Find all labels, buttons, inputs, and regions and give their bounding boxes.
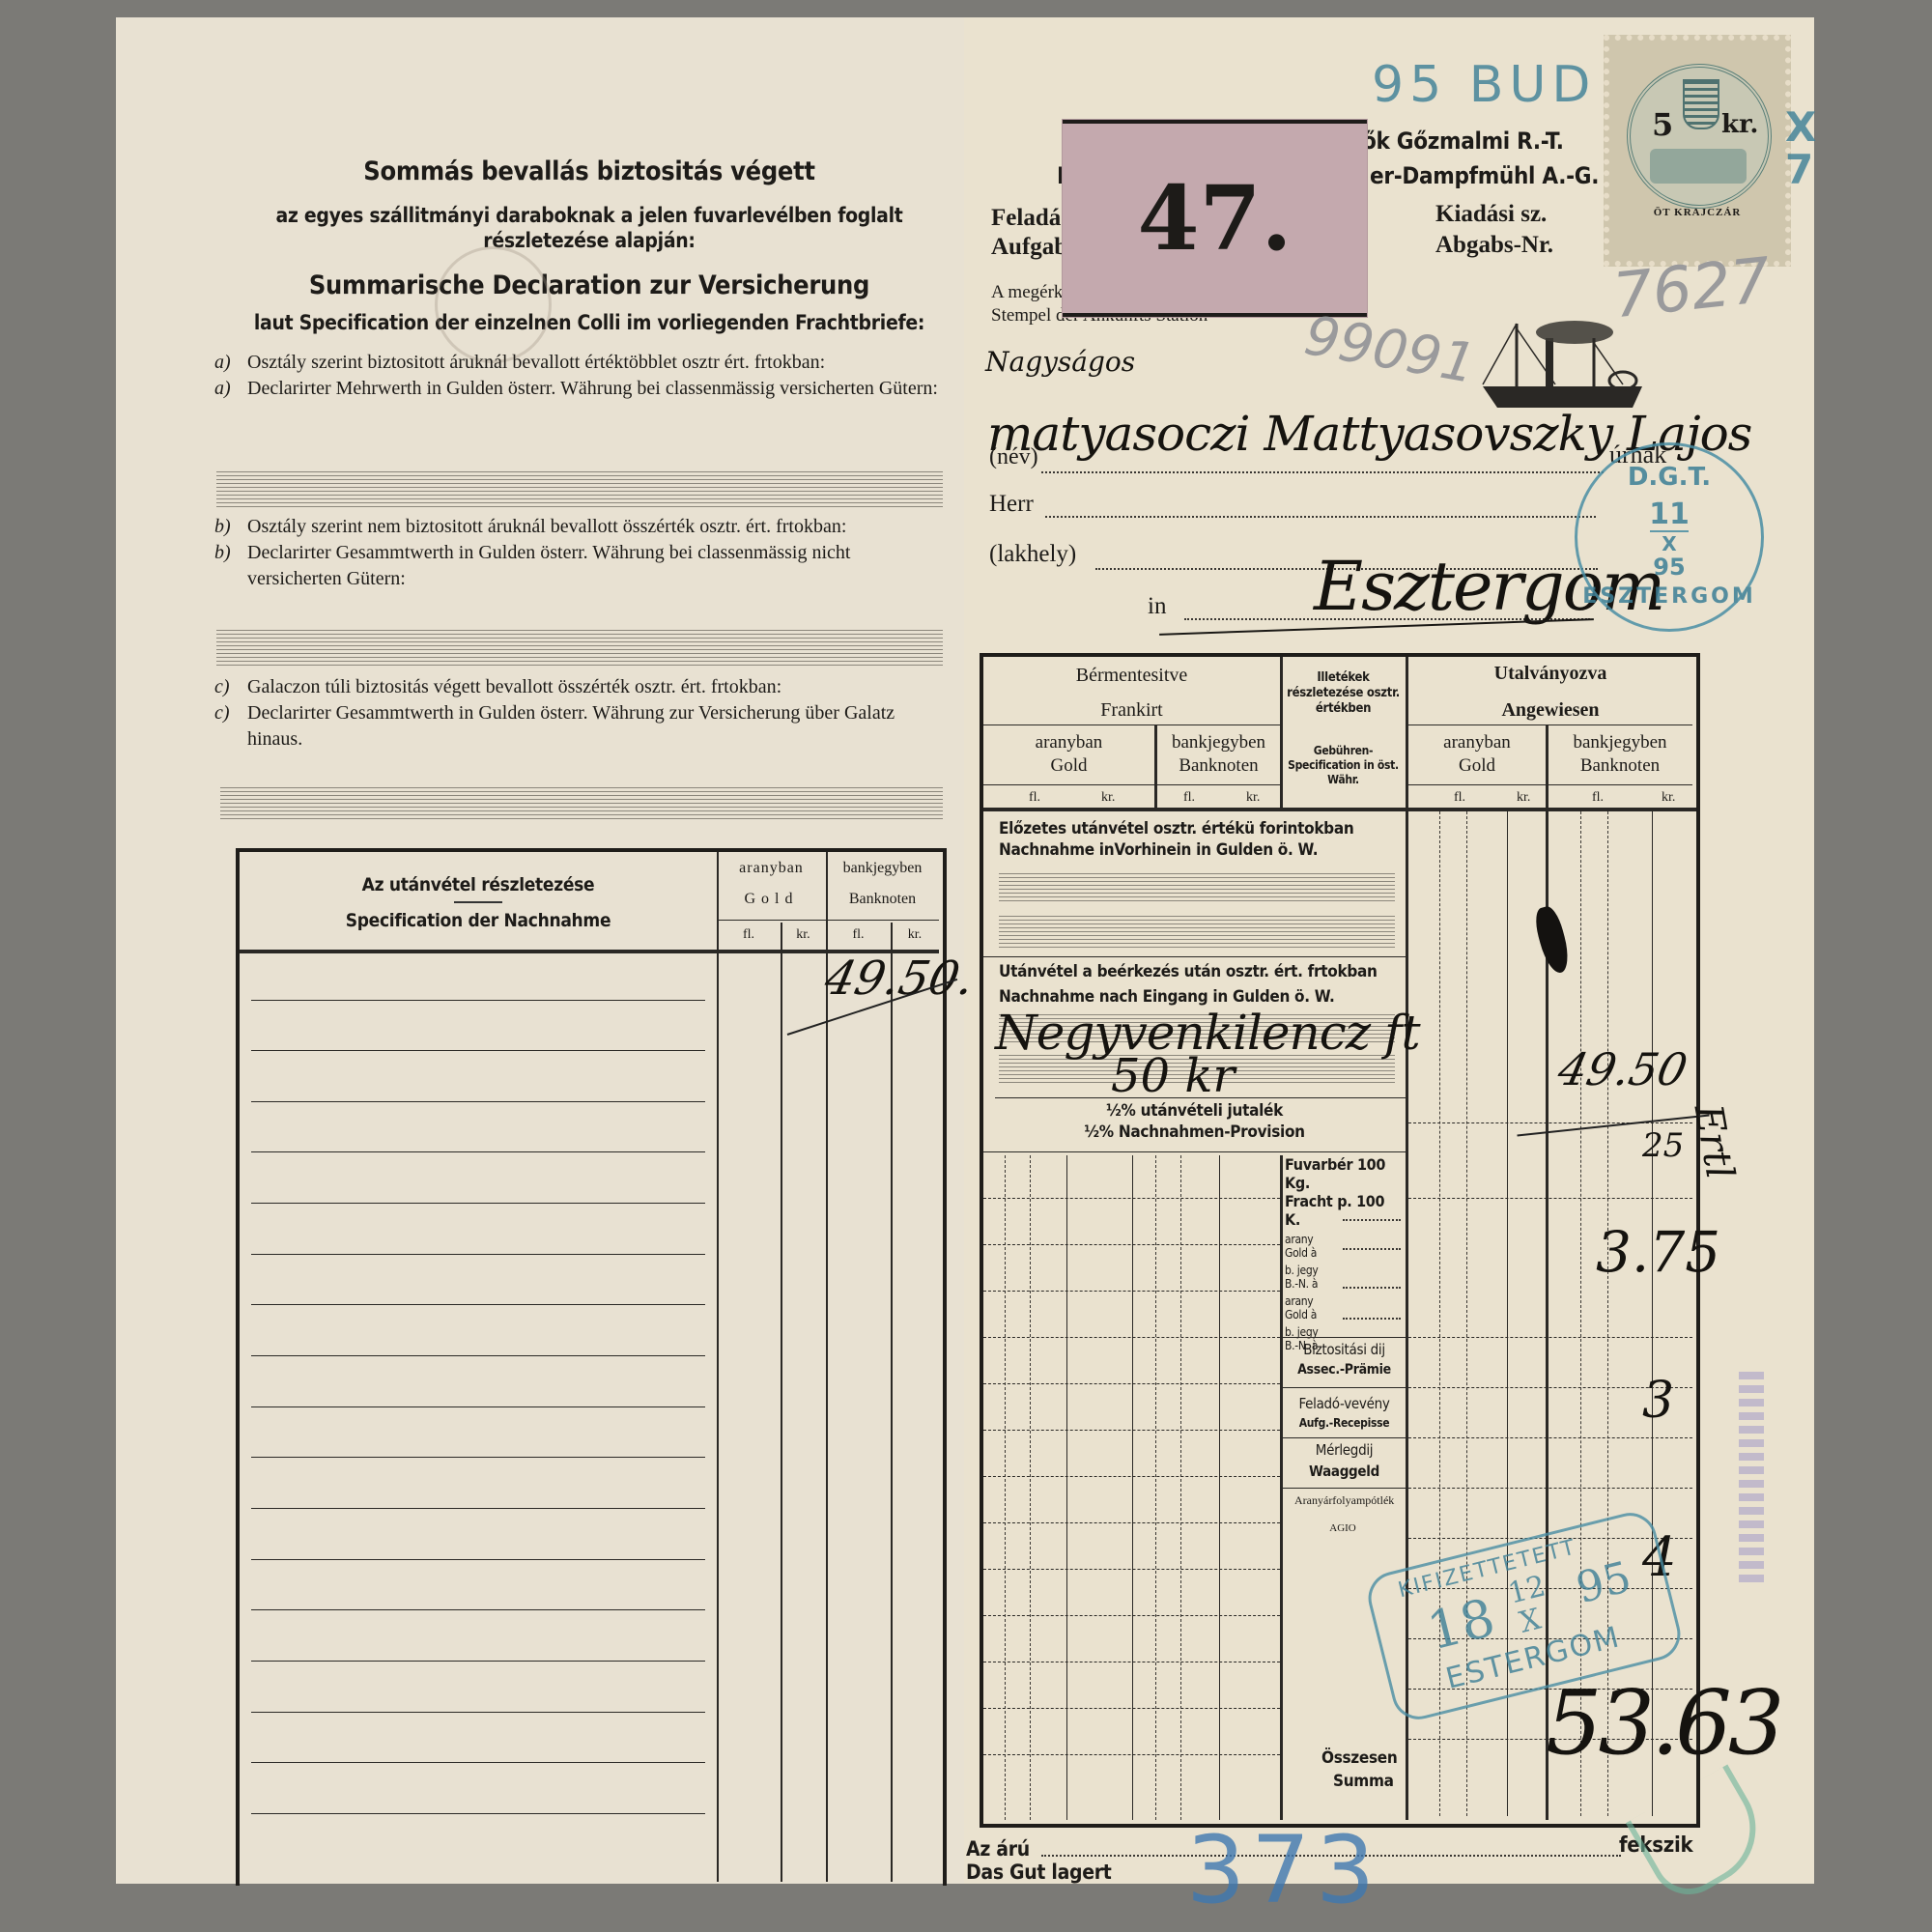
angewiesen-sub-rule: [1408, 724, 1692, 725]
frankirt-de: Frankirt: [983, 699, 1280, 722]
unit-kr-3: kr.: [1517, 790, 1530, 806]
amount-words-line2: 50 kr: [1111, 1049, 1235, 1103]
col-bank-de: Banknoten: [826, 891, 939, 908]
hatch-field-elozetes[interactable]: [999, 873, 1395, 904]
table-row[interactable]: [1408, 1488, 1692, 1489]
frankirt-sub-rule: [983, 724, 1280, 725]
fee-rule: [1283, 1337, 1406, 1338]
table-row[interactable]: [251, 1355, 705, 1356]
table-row[interactable]: [251, 1762, 705, 1763]
hatch-field-elozetes-2[interactable]: [999, 916, 1395, 949]
table-row[interactable]: [983, 1198, 1280, 1199]
salutation-handwritten: Nagyságos: [985, 346, 1135, 378]
col-divider-bank-kr: [891, 923, 893, 1882]
table-row[interactable]: [251, 1406, 705, 1407]
shield-icon: [1683, 79, 1719, 129]
angewiesen-gold-de: Gold: [1408, 755, 1546, 777]
company-de-right: er-Dampfmühl A.-G.: [1370, 162, 1599, 189]
table-row[interactable]: [983, 1615, 1280, 1616]
angewiesen-unit-rule: [1408, 784, 1692, 785]
stamp-value: 5: [1652, 106, 1673, 143]
col-line: [1219, 1155, 1220, 1820]
hatch-field-a[interactable]: [216, 471, 943, 510]
stamp-caption: ÖT KRAJCZÁR: [1609, 207, 1785, 218]
table-row[interactable]: [251, 1712, 705, 1713]
table-row[interactable]: [251, 1457, 705, 1458]
fee-field-gold-1[interactable]: [1343, 1219, 1401, 1221]
utanvetel-hu: Utánvétel a beérkezés után osztr. ért. f…: [999, 962, 1395, 981]
frankirt-hu: Bérmentesitve: [983, 665, 1280, 687]
left-title-de: Summarische Declaration zur Versicherung: [213, 270, 966, 300]
item-c-de: Declarirter Gesammtwerth in Gulden öster…: [247, 700, 949, 753]
paid-stamp-year: 95: [1572, 1552, 1636, 1613]
provision-hu: ½% utánvételi jutalék: [983, 1101, 1406, 1121]
frankirt-bank-hu: bankjegyben: [1157, 732, 1280, 753]
label-number: 47.: [1063, 174, 1367, 263]
item-b-marker-de: b): [214, 540, 247, 592]
unit-fl-bank: fl.: [826, 927, 891, 943]
fee-rule: [1283, 1488, 1406, 1489]
table-row[interactable]: [983, 1291, 1280, 1292]
fee-recepisse-de: Aufg.-Recepisse: [1283, 1416, 1406, 1430]
fee-rule: [1283, 1387, 1406, 1388]
left-title-hu: Sommás bevallás biztositás végett: [213, 156, 966, 186]
fee-bn-1: b. jegyB.-N. à: [1285, 1264, 1338, 1291]
fee-assec-de: Assec.-Prämie: [1283, 1362, 1406, 1378]
item-b-de: Declarirter Gesammtwerth in Gulden öster…: [247, 540, 949, 592]
kiadasi-de: Abgabs-Nr.: [1435, 232, 1553, 259]
herr-label: Herr: [989, 491, 1034, 518]
fees-column: Fuvarbér 100 Kg. Fracht p. 100 K. aranyG…: [1285, 1155, 1403, 1352]
item-a: a)Osztály szerint biztositott áruknál be…: [214, 350, 949, 402]
table-row[interactable]: [251, 1050, 705, 1051]
angewiesen-de: Angewiesen: [1408, 699, 1692, 722]
table-row[interactable]: [983, 1569, 1280, 1570]
fee-rule: [1283, 1437, 1406, 1438]
in-label: in: [1148, 593, 1166, 620]
amount-assec: 3: [1642, 1372, 1674, 1430]
postmark-day: 11: [1577, 497, 1761, 531]
kiadasi-hu: Kiadási sz.: [1435, 201, 1547, 228]
left-table-header-hu: Az utánvétel részletezése: [241, 874, 715, 895]
fee-gold-2: aranyGold à: [1285, 1294, 1338, 1321]
item-c-marker: c): [214, 674, 247, 700]
col-bank-hu: bankjegyben: [826, 860, 939, 877]
angewiesen-gold-hu: aranyban: [1408, 732, 1546, 753]
unit-fl-1: fl.: [1029, 790, 1040, 806]
paid-stamp-month: X: [1517, 1603, 1545, 1640]
col-line: [1132, 1155, 1133, 1820]
table-row[interactable]: [983, 1383, 1280, 1384]
handwritten-ft-mark: [1430, 1024, 1546, 1055]
unit-fl-gold: fl.: [717, 927, 781, 943]
left-table-header-de: Specification der Nachnahme: [241, 910, 715, 931]
table-row[interactable]: [983, 1430, 1280, 1431]
summa-de: Summa: [1333, 1772, 1394, 1791]
left-subtitle-hu: az egyes szállitmányi daraboknak a jelen…: [232, 203, 947, 253]
table-row[interactable]: [251, 1813, 705, 1814]
item-a-hu: Osztály szerint biztositott áruknál beva…: [247, 350, 949, 376]
col-dash: [1155, 1155, 1156, 1820]
fee-recepisse-hu: Feladó-vevény: [1283, 1395, 1406, 1412]
fee-field-bn-2[interactable]: [1343, 1318, 1401, 1320]
blue-cancel-edge: X7: [1785, 106, 1816, 191]
table-row[interactable]: [251, 1508, 705, 1509]
col-dash: [1005, 1155, 1006, 1820]
item-a-de: Declarirter Mehrwerth in Gulden österr. …: [247, 376, 949, 402]
unit-kr-2: kr.: [1246, 790, 1260, 806]
item-a-marker-de: a): [214, 376, 247, 402]
item-b-hu: Osztály szerint nem biztositott áruknál …: [247, 514, 949, 540]
fee-agio-de: AGIO: [1294, 1522, 1391, 1534]
illetekek-hu: Illetékek részletezése osztr. értékben: [1281, 670, 1406, 717]
das-gut-label: Das Gut lagert: [966, 1861, 1112, 1884]
consignment-number-label: 47.: [1063, 120, 1367, 317]
col-dash: [1180, 1155, 1181, 1820]
item-b-marker: b): [214, 514, 247, 540]
fee-agio-hu: Aranyárfolyampótlék: [1294, 1493, 1391, 1507]
table-row[interactable]: [983, 1522, 1280, 1523]
frankirt-gold-hu: aranyban: [983, 732, 1154, 753]
fee-field-bn-1[interactable]: [1343, 1248, 1401, 1250]
blue-cancel-mark: 95 BUD: [1372, 56, 1596, 114]
company-hu-right: ők Gőzmalmi R.-T.: [1362, 128, 1564, 155]
crayon-number: 373: [1186, 1816, 1380, 1924]
unit-kr-1: kr.: [1101, 790, 1115, 806]
table-row[interactable]: [251, 1101, 705, 1102]
table-row[interactable]: [983, 1754, 1280, 1755]
frankirt-bank-de: Banknoten: [1157, 755, 1280, 777]
fee-assec-hu: Biztositási dij: [1283, 1341, 1406, 1358]
angewiesen-bank-de: Banknoten: [1548, 755, 1692, 777]
unit-rule: [719, 920, 939, 921]
table-row[interactable]: [983, 1337, 1280, 1338]
provision-rule: [983, 1151, 1406, 1152]
stamp-coat-of-arms: 5 kr.: [1627, 64, 1772, 209]
col-divider-bank: [826, 852, 828, 1882]
table-row[interactable]: [251, 1203, 705, 1204]
table-row[interactable]: [251, 1254, 705, 1255]
amount-total: 53.63: [1546, 1671, 1780, 1775]
hatch-field-c[interactable]: [220, 787, 943, 822]
table-row[interactable]: [251, 1559, 705, 1560]
amount-nachnahme: 49.50: [1553, 1043, 1691, 1095]
elozetes-rule: [983, 956, 1406, 957]
steamship-icon: [1478, 319, 1647, 415]
stamp-unit: kr.: [1721, 110, 1758, 139]
hatch-field-b[interactable]: [216, 630, 943, 667]
col-dash: [1030, 1155, 1031, 1820]
table-row[interactable]: [983, 1662, 1280, 1662]
provision-de: ½% Nachnahmen-Provision: [983, 1122, 1406, 1142]
left-subtitle-de: laut Specification der einzelnen Colli i…: [208, 311, 971, 334]
item-c-marker-de: c): [214, 700, 247, 753]
charges-header-rule: [983, 808, 1696, 811]
frankirt-gold-de: Gold: [983, 755, 1154, 777]
unit-fl-2: fl.: [1183, 790, 1195, 806]
frankirt-unit-rule: [983, 784, 1280, 785]
col-line: [1652, 811, 1653, 1816]
col-gold-de: Gold: [717, 891, 826, 908]
herr-field[interactable]: [1045, 516, 1596, 518]
col-line: [1066, 1155, 1067, 1820]
item-a-marker: a): [214, 350, 247, 376]
item-c-hu: Galaczon túli biztositás végett bevallot…: [247, 674, 949, 700]
angewiesen-hu: Utalványozva: [1408, 663, 1692, 685]
table-row[interactable]: [1408, 1122, 1692, 1123]
header-dash: [454, 901, 502, 903]
table-row[interactable]: [1408, 1337, 1692, 1338]
summa-hu: Összesen: [1321, 1748, 1397, 1768]
postmark-place: ESZTERGOM: [1577, 584, 1761, 609]
col-divider-gold-kr: [781, 923, 782, 1882]
revenue-stamp: 5 kr. ÖT KRAJCZÁR: [1604, 35, 1791, 267]
utanvetel-rule: [995, 1097, 1406, 1098]
postmark-year: 95: [1577, 554, 1761, 581]
item-c: c)Galaczon túli biztositás végett bevall…: [214, 674, 949, 753]
table-row[interactable]: [251, 1609, 705, 1610]
unit-fl-3: fl.: [1454, 790, 1465, 806]
table-row[interactable]: [1408, 1198, 1692, 1199]
elozetes-hu: Előzetes utánvétel osztr. értékü forinto…: [999, 817, 1395, 841]
table-row[interactable]: [983, 1708, 1280, 1709]
unit-fl-4: fl.: [1592, 790, 1604, 806]
fee-waag-hu: Mérlegdij: [1283, 1441, 1406, 1459]
table-row[interactable]: [251, 1304, 705, 1305]
unit-kr-bank: kr.: [891, 927, 939, 943]
postmark-esztergom: D.G.T. 11 X 95 ESZTERGOM: [1575, 442, 1764, 632]
unit-kr-gold: kr.: [781, 927, 826, 943]
table-row[interactable]: [1408, 1437, 1692, 1438]
postmark-top: D.G.T.: [1577, 463, 1761, 492]
table-row[interactable]: [983, 1476, 1280, 1477]
illetekek-de: Gebühren-Specification in öst. Währ.: [1281, 744, 1406, 787]
unit-kr-4: kr.: [1662, 790, 1675, 806]
fee-fracht-hu: Fuvarbér 100 Kg.: [1285, 1155, 1403, 1192]
fee-gold-1: aranyGold à: [1285, 1233, 1338, 1260]
amount-provision: 25: [1642, 1126, 1684, 1165]
violet-stamp: [1739, 1372, 1764, 1584]
table-row[interactable]: [251, 1661, 705, 1662]
table-row[interactable]: [251, 1151, 705, 1152]
fee-waag-de: Waaggeld: [1283, 1463, 1406, 1480]
col-gold-hu: aranyban: [717, 860, 826, 877]
embossed-seal: [435, 246, 552, 363]
postmark-month: X: [1650, 530, 1689, 555]
handwritten-amount-left: 49.50.: [820, 952, 948, 1006]
az-aru-label: Az árú: [966, 1837, 1030, 1861]
stamp-figures: [1650, 149, 1747, 184]
name-field[interactable]: [1041, 471, 1604, 473]
amount-fracht: 3.75: [1596, 1219, 1720, 1285]
col-divider-gold: [717, 852, 719, 1882]
table-row[interactable]: [983, 1244, 1280, 1245]
fee-fracht-de: Fracht p. 100 K.: [1285, 1192, 1403, 1229]
table-row[interactable]: [251, 1000, 705, 1001]
fee-field-gold-2[interactable]: [1343, 1287, 1401, 1289]
elozetes-de: Nachnahme inVorhinein in Gulden ö. W.: [999, 840, 1395, 860]
angewiesen-bank-hu: bankjegyben: [1548, 732, 1692, 753]
item-b: b)Osztály szerint nem biztositott árukná…: [214, 514, 949, 592]
residence-label: (lakhely): [989, 541, 1076, 568]
utanvetel-de: Nachnahme nach Eingang in Gulden ö. W.: [999, 987, 1395, 1007]
